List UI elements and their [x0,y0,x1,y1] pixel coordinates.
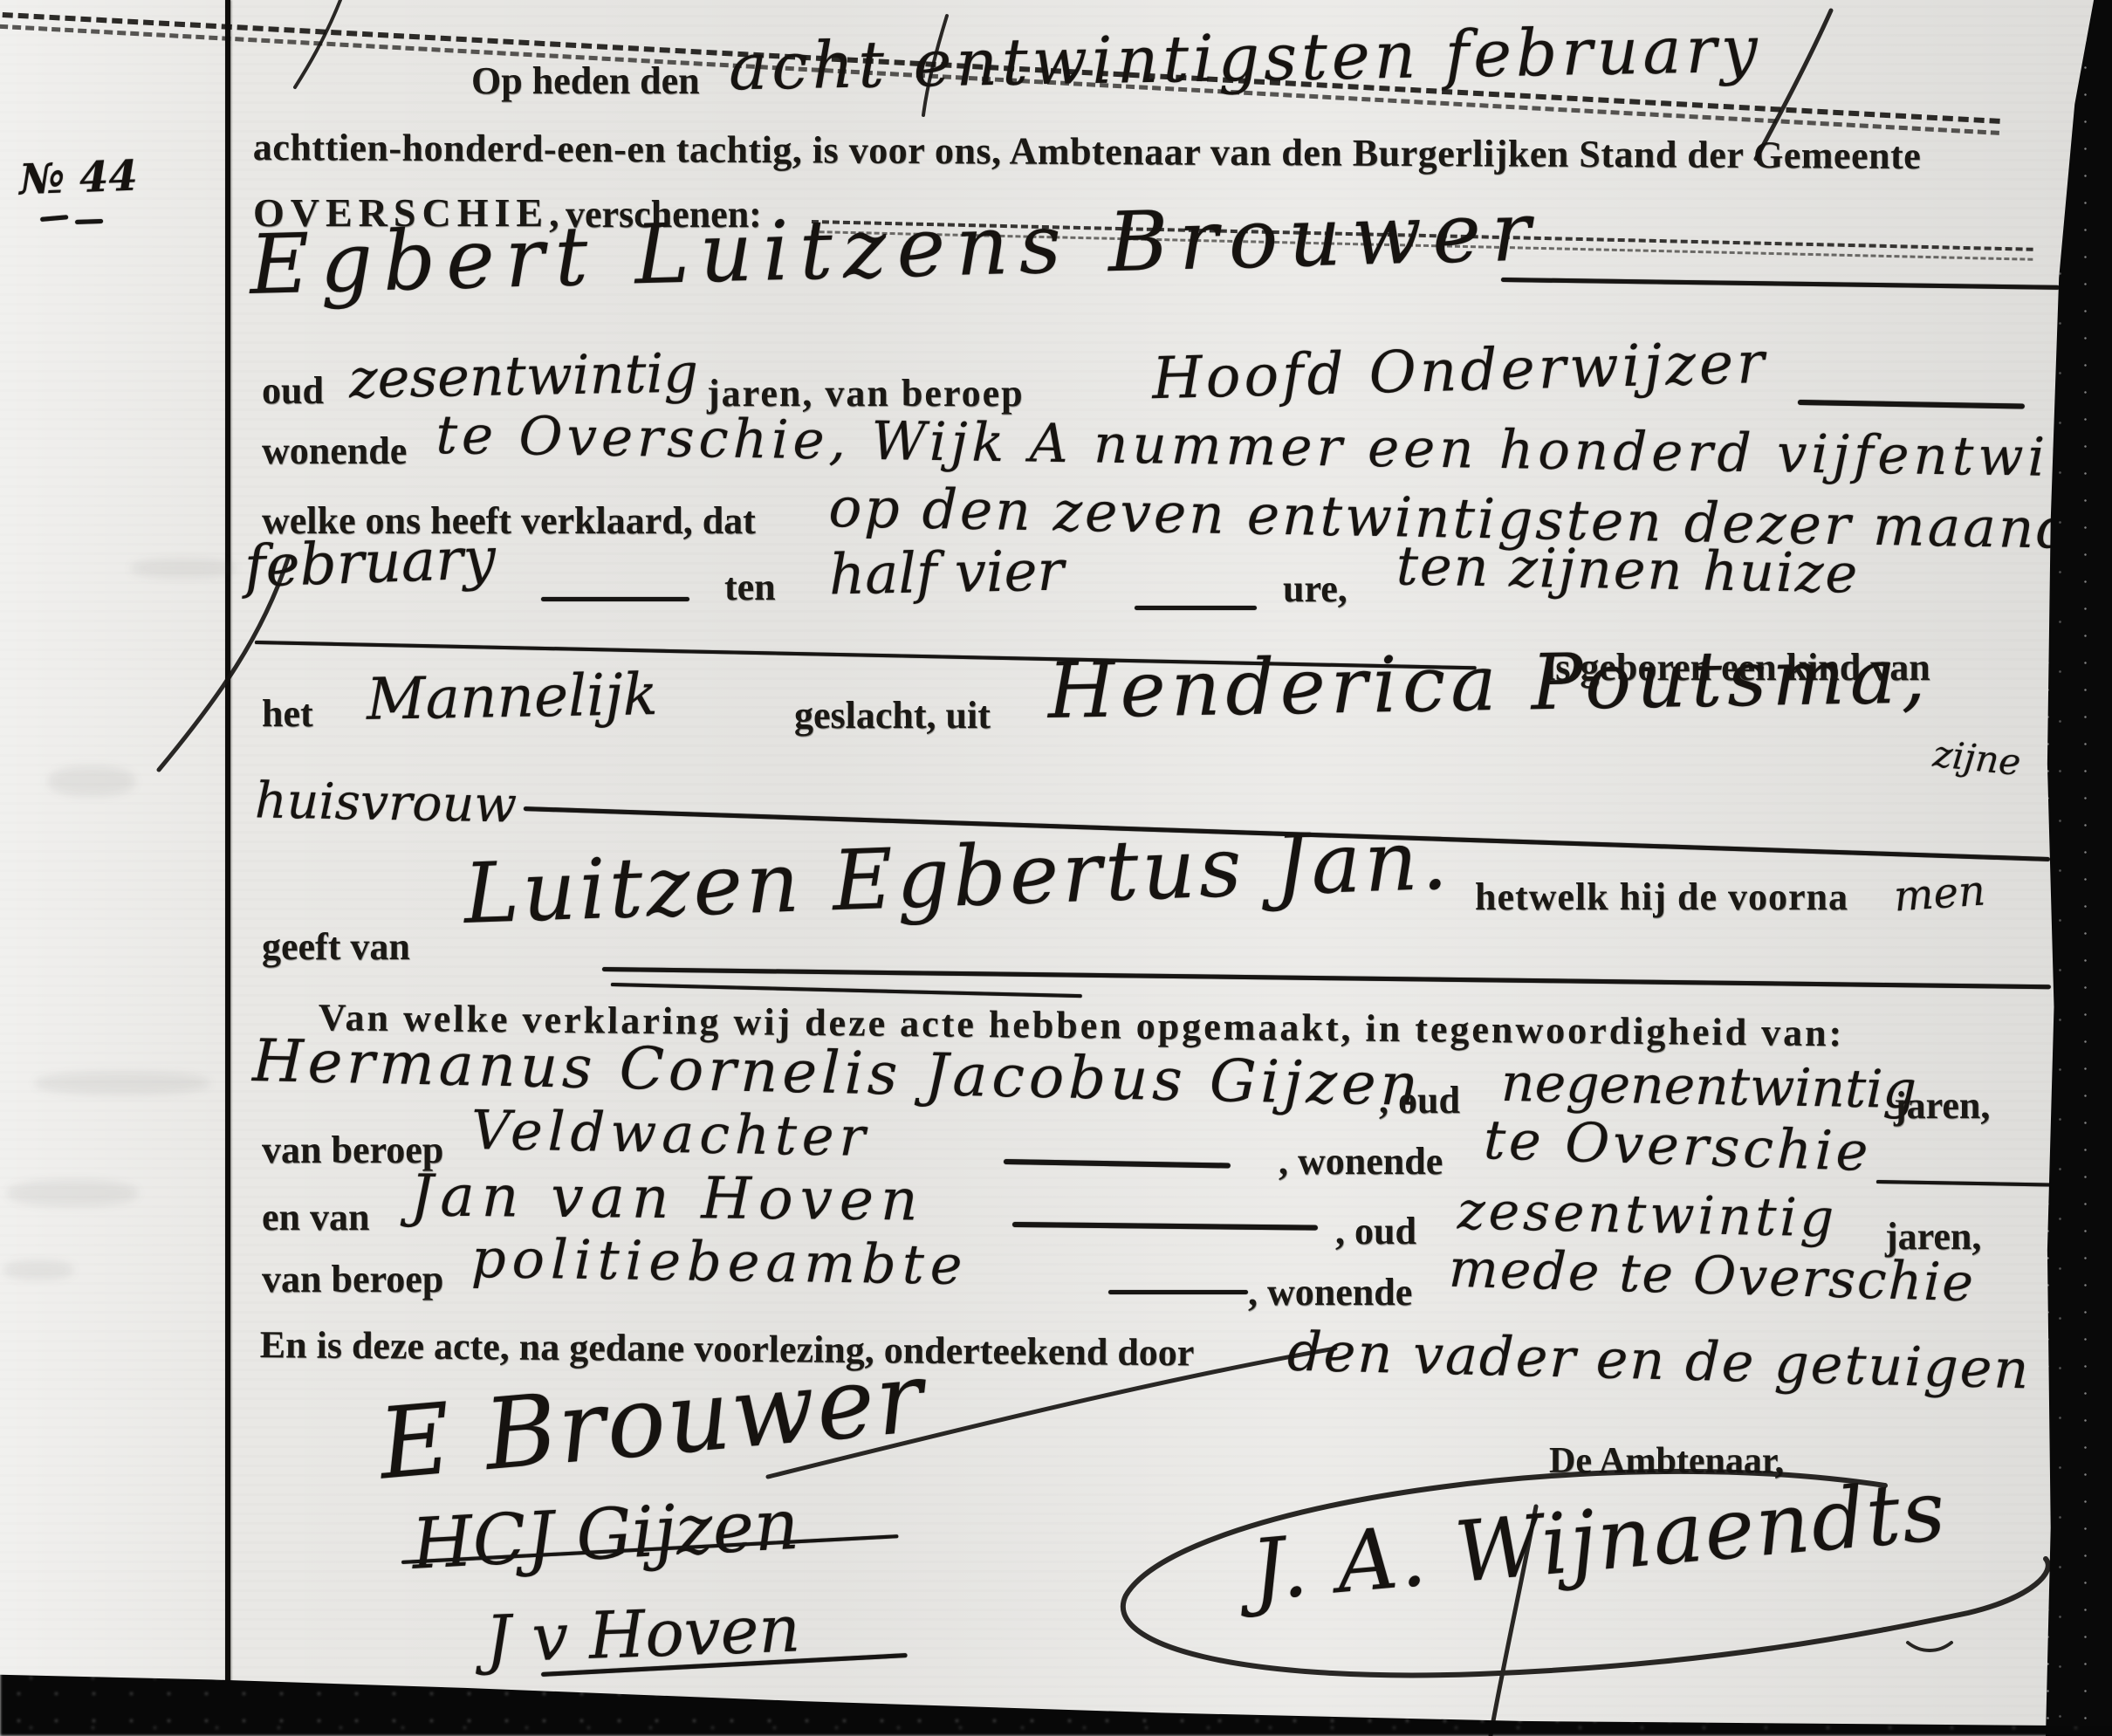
child-name-underline [602,967,2051,989]
printed-van-beroep: van beroep [262,1259,443,1300]
signature-official: J. A. Wijnaendts [1248,1468,1950,1612]
handwritten-witness2-age: zesentwintig [1457,1184,1837,1245]
handwritten-birth-month: february [243,530,497,596]
printed-en-van: en van [262,1197,369,1238]
blank-fill-line [1012,1222,1318,1231]
signature-father: E Brouwer [375,1348,929,1493]
bleed-through-mark [48,766,135,796]
handwritten-witness1-residence: te Overschie [1483,1113,1872,1179]
printed-comma-oud: , oud [1335,1211,1416,1252]
blank-fill-line [541,597,689,601]
printed-het: het [262,694,313,734]
handwritten-witness2-name: Jan van Hoven [410,1167,925,1229]
handwritten-voornamen-end: men [1892,869,1986,917]
scan-bottom-edge [0,1653,2112,1736]
printed-geeft-van: geeft van [262,927,410,967]
handwritten-birth-location: ten zijnen huize [1395,539,1859,600]
blank-fill-line [1501,278,2060,290]
act-number-dash [75,219,103,224]
handwritten-signed-by: den vader en de getuigen [1286,1325,2031,1397]
blank-fill-line [1108,1290,1248,1294]
bleed-through-mark [7,1180,138,1206]
blank-fill-line [1798,400,2025,409]
handwritten-declarant-occupation: Hoofd Onderwijzer [1151,334,1768,408]
handwritten-act-date: acht entwintigsten february [728,17,1762,100]
printed-oud: oud [262,371,324,411]
blank-fill-line [1004,1159,1231,1169]
handwritten-huisvrouw: huisvrouw [255,776,518,830]
handwritten-witness2-residence: mede te Overschie [1448,1243,1976,1310]
bleed-through-mark [3,1260,73,1280]
blank-fill-line [1876,1180,2051,1186]
bleed-through-mark [35,1072,209,1094]
bleed-through-mark [131,559,236,578]
printed-geslacht-uit: geslacht, uit [794,696,991,736]
act-number: № 44 [18,155,138,202]
act-number-dash [40,215,68,222]
printed-hetwelk: hetwelk hij de voorna [1475,877,1848,917]
scan-right-edge [2029,0,2112,1736]
signature-witness1: HCJ Gijzen [410,1490,800,1580]
handwritten-witness1-age: negenentwintig [1501,1057,1917,1116]
handwritten-mother-relation: zijne [1931,736,2022,781]
handwritten-declarant-age: zesentwintig [348,347,698,407]
blank-fill-line [1135,606,1257,610]
printed-ure: ure, [1283,569,1347,609]
printed-ten: ten [724,567,776,607]
handwritten-witness2-occupation: politiebeambte [471,1232,969,1293]
margin-rule-line [225,0,230,1704]
handwritten-witness1-occupation: Veldwachter [470,1103,870,1164]
printed-year-official-line: achttien-honderd-een-en tachtig, is voor… [253,127,1922,176]
printed-wonende: wonende [262,431,407,471]
printed-jaren: jaren, [1894,1086,1990,1126]
printed-official-label: De Ambtenaar, [1549,1442,1784,1480]
handwritten-child-gender: Mannelijk [366,666,658,729]
birth-certificate-scan: № 44 Op heden den acht entwintigsten feb… [0,0,2112,1736]
handwritten-mother-name: Henderica Poutsma, [1047,637,1931,730]
printed-comma-wonende: , wonende [1248,1273,1412,1313]
child-name-underline [611,983,1082,998]
handwritten-declarant-residence: te Overschie, Wijk A nummer een honderd … [435,408,2112,486]
printed-op-heden-den: Op heden den [471,61,700,101]
printed-comma-oud: , oud [1379,1081,1460,1121]
printed-comma-wonende: , wonende [1279,1142,1443,1182]
handwritten-child-names: Luitzen Egbertus Jan. [463,820,1452,937]
handwritten-birth-time: half vier [828,544,1064,604]
